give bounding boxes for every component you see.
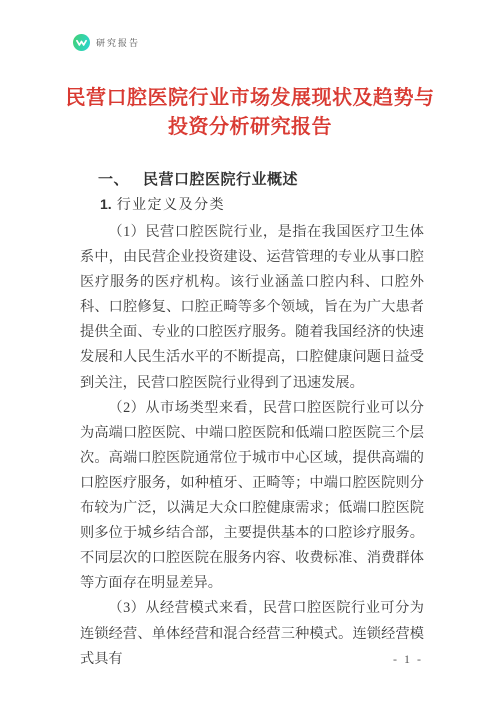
section-title: 民营口腔医院行业概述 — [143, 171, 298, 188]
report-title-line1: 民营口腔医院行业市场发展现状及趋势与 — [66, 87, 435, 109]
report-title-line2: 投资分析研究报告 — [168, 116, 332, 138]
paragraph-2: （2）从市场类型来看，民营口腔医院行业可以分为高端口腔医院、中端口腔医院和低端口… — [80, 396, 424, 597]
report-title: 民营口腔医院行业市场发展现状及趋势与 投资分析研究报告 — [40, 84, 460, 142]
paragraph-3: （3）从经营模式来看，民营口腔医院行业可分为连锁经营、单体经营和混合经营三种模式… — [80, 596, 424, 671]
page-number: - 1 - — [393, 652, 423, 667]
brand: 研究报告 — [73, 34, 140, 51]
section-number: 一、 — [98, 171, 129, 188]
report-page: 研究报告 民营口腔医院行业市场发展现状及趋势与 投资分析研究报告 一、民营口腔医… — [0, 0, 500, 707]
subsection-title: 行业定义及分类 — [117, 198, 226, 213]
subsection-heading: 1. 行业定义及分类 — [100, 194, 225, 214]
subsection-number: 1. — [100, 196, 112, 212]
body-text: （1）民营口腔医院行业，是指在我国医疗卫生体系中，由民营企业投资建设、运营管理的… — [80, 220, 424, 672]
brand-logo-icon — [73, 34, 90, 51]
section-heading: 一、民营口腔医院行业概述 — [98, 168, 298, 189]
brand-name: 研究报告 — [96, 36, 140, 49]
paragraph-1: （1）民营口腔医院行业，是指在我国医疗卫生体系中，由民营企业投资建设、运营管理的… — [80, 220, 424, 396]
